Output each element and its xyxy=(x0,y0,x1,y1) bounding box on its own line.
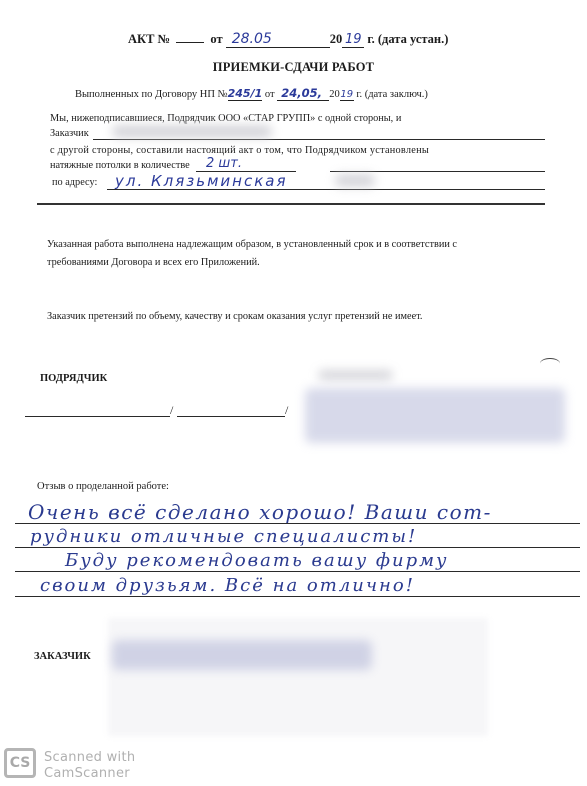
customer-name-redacted xyxy=(112,125,272,138)
contract-prefix: Выполненных по Договору НП № xyxy=(75,89,228,100)
address-value: ул. Клязьминская xyxy=(115,172,287,190)
contractor-label: ПОДРЯДЧИК xyxy=(40,373,107,384)
act-year-field: 19 xyxy=(342,32,364,48)
act-number-line: АКТ № от 28.052019 г. (дата устан.) xyxy=(128,31,448,48)
contract-number-field: 245/1 xyxy=(228,87,263,101)
act-number-field xyxy=(176,42,204,43)
customer-label: Заказчик xyxy=(50,128,89,139)
signature-stroke xyxy=(540,358,560,369)
review-label: Отзыв о проделанной работе: xyxy=(37,481,169,492)
document-title: ПРИЕМКИ-СДАЧИ РАБОТ xyxy=(0,60,587,75)
contract-date-field: 24,05, xyxy=(277,86,329,101)
no-claims-statement: Заказчик претензий по объему, качеству и… xyxy=(47,311,423,322)
parties-line-1: Мы, нижеподписавшиеся, Подрядчик ООО «СТ… xyxy=(50,113,401,124)
customer-redacted-area xyxy=(108,618,488,736)
address-label: по адресу: xyxy=(52,177,97,188)
work-done-line-1: Указанная работа выполнена надлежащим об… xyxy=(47,239,457,250)
act-year-prefix: 20 xyxy=(330,32,343,46)
work-done-line-2: требованиями Договора и всех его Приложе… xyxy=(47,257,260,268)
quantity-label: натяжные потолки в количестве xyxy=(50,160,190,171)
act-date-field: 28.05 xyxy=(226,31,330,48)
contract-date-note: г. (дата заключ.) xyxy=(356,89,428,100)
customer-name-underline xyxy=(93,139,545,140)
contractor-name-line xyxy=(177,416,285,417)
watermark-line-2: CamScanner xyxy=(44,766,135,782)
act-label: АКТ № xyxy=(128,32,170,46)
review-text-line-1: Очень всё сделано хорошо! Ваши сот- xyxy=(28,500,492,524)
review-line-3 xyxy=(15,571,580,572)
address-redacted xyxy=(335,174,375,187)
contractor-signature-line xyxy=(25,416,170,417)
contract-from-label: от xyxy=(265,89,275,100)
contractor-stamp-redacted xyxy=(318,370,393,380)
review-text-line-2: рудники отличные специалисты! xyxy=(30,526,417,547)
act-date-note: г. (дата устан.) xyxy=(367,32,448,46)
review-line-4 xyxy=(15,596,580,597)
quantity-underline-2 xyxy=(330,171,545,172)
contract-year-prefix: 20 xyxy=(329,89,340,100)
section-divider xyxy=(37,203,545,205)
act-from-label: от xyxy=(210,32,222,46)
watermark-line-1: Scanned with xyxy=(44,750,135,766)
customer-signature-redacted xyxy=(112,640,372,670)
review-text-line-4: своим друзьям. Всё на отлично! xyxy=(40,575,415,596)
contract-year-field: 19 xyxy=(340,89,354,101)
review-text-line-3: Буду рекомендовать вашу фирму xyxy=(65,550,448,571)
quantity-value: 2 шт. xyxy=(206,156,242,171)
contractor-signature-redacted xyxy=(305,388,565,443)
customer-sign-label: ЗАКАЗЧИК xyxy=(34,651,91,662)
camscanner-logo-icon: CS xyxy=(4,748,36,778)
contract-line: Выполненных по Договору НП №245/1 от 24,… xyxy=(75,86,428,101)
parties-line-3: с другой стороны, составили настоящий ак… xyxy=(50,145,429,156)
review-line-2 xyxy=(15,547,580,548)
contractor-sign-separator-1: / xyxy=(170,403,173,418)
contractor-sign-separator-2: / xyxy=(285,403,288,418)
camscanner-watermark: Scanned with CamScanner xyxy=(44,750,135,782)
